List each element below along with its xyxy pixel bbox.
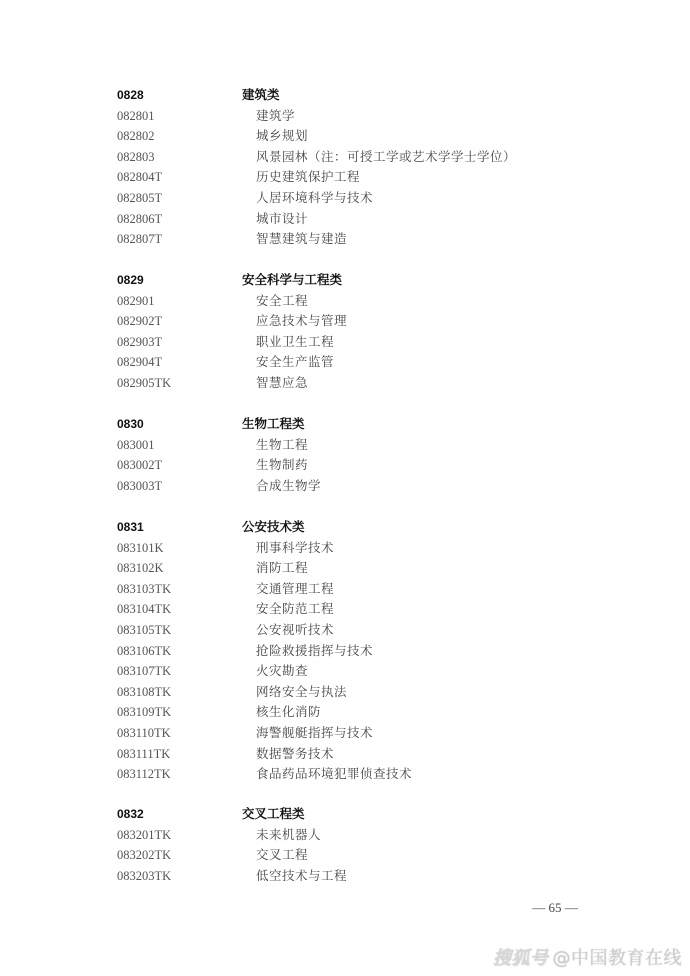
source-watermark: 搜狐号@中国教育在线 xyxy=(493,944,682,970)
list-item: 082902T应急技术与管理 xyxy=(0,311,690,332)
major-code: 082905TK xyxy=(117,373,171,394)
major-code: 082803 xyxy=(117,147,155,168)
list-item: 082802城乡规划 xyxy=(0,126,690,147)
major-code: 083109TK xyxy=(117,702,171,723)
major-name: 安全生产监管 xyxy=(256,352,334,373)
group-code: 0829 xyxy=(117,270,144,291)
discipline-group-0831: 0831 公安技术类 083101K刑事科学技术 083102K消防工程 083… xyxy=(0,517,690,785)
major-code: 083202TK xyxy=(117,845,171,866)
list-item: 083107TK火灾勘查 xyxy=(0,661,690,682)
major-name: 智慧应急 xyxy=(256,373,308,394)
group-name: 安全科学与工程类 xyxy=(242,270,342,291)
major-code: 083108TK xyxy=(117,682,171,703)
major-name: 消防工程 xyxy=(256,558,308,579)
major-code: 082806T xyxy=(117,209,162,230)
major-name: 建筑学 xyxy=(256,106,295,127)
major-name: 交通管理工程 xyxy=(256,579,334,600)
list-item: 083110TK海警舰艇指挥与技术 xyxy=(0,723,690,744)
list-item: 082904T安全生产监管 xyxy=(0,352,690,373)
list-item: 083001生物工程 xyxy=(0,435,690,456)
major-code: 083110TK xyxy=(117,723,171,744)
major-code: 083106TK xyxy=(117,641,171,662)
list-item: 083108TK网络安全与执法 xyxy=(0,682,690,703)
major-name: 网络安全与执法 xyxy=(256,682,347,703)
list-item: 083109TK核生化消防 xyxy=(0,702,690,723)
list-item: 083106TK抢险救援指挥与技术 xyxy=(0,641,690,662)
group-header: 0831 公安技术类 xyxy=(0,517,690,538)
group-header: 0828 建筑类 xyxy=(0,85,690,106)
major-name: 智慧建筑与建造 xyxy=(256,229,347,250)
major-name: 职业卫生工程 xyxy=(256,332,334,353)
list-item: 083103TK交通管理工程 xyxy=(0,579,690,600)
list-item: 083101K刑事科学技术 xyxy=(0,538,690,559)
major-name: 海警舰艇指挥与技术 xyxy=(256,723,373,744)
list-item: 083112TK食品药品环境犯罪侦查技术 xyxy=(0,764,690,785)
major-name: 安全防范工程 xyxy=(256,599,334,620)
list-item: 082806T城市设计 xyxy=(0,209,690,230)
major-code: 082904T xyxy=(117,352,162,373)
list-item: 082905TK智慧应急 xyxy=(0,373,690,394)
major-name: 安全工程 xyxy=(256,291,308,312)
major-name: 城乡规划 xyxy=(256,126,308,147)
list-item: 083104TK安全防范工程 xyxy=(0,599,690,620)
list-item: 083201TK未来机器人 xyxy=(0,825,690,846)
major-code: 082804T xyxy=(117,167,162,188)
list-item: 083202TK交叉工程 xyxy=(0,845,690,866)
group-code: 0831 xyxy=(117,517,144,538)
major-name: 未来机器人 xyxy=(256,825,321,846)
group-header: 0830 生物工程类 xyxy=(0,414,690,435)
major-code: 082903T xyxy=(117,332,162,353)
list-item: 083203TK低空技术与工程 xyxy=(0,866,690,887)
major-name: 核生化消防 xyxy=(256,702,321,723)
list-item: 083102K消防工程 xyxy=(0,558,690,579)
major-code: 083203TK xyxy=(117,866,171,887)
list-item: 082804T历史建筑保护工程 xyxy=(0,167,690,188)
list-item: 083105TK公安视听技术 xyxy=(0,620,690,641)
group-name: 交叉工程类 xyxy=(242,804,305,825)
major-name: 生物制药 xyxy=(256,455,308,476)
major-code: 083112TK xyxy=(117,764,171,785)
list-item: 082801建筑学 xyxy=(0,106,690,127)
major-code: 083001 xyxy=(117,435,155,456)
group-name: 公安技术类 xyxy=(242,517,305,538)
list-item: 083111TK数据警务技术 xyxy=(0,744,690,765)
major-code: 083101K xyxy=(117,538,164,559)
major-name: 公安视听技术 xyxy=(256,620,334,641)
list-item: 082807T智慧建筑与建造 xyxy=(0,229,690,250)
major-code: 083102K xyxy=(117,558,164,579)
major-name: 食品药品环境犯罪侦查技术 xyxy=(256,764,412,785)
major-name: 应急技术与管理 xyxy=(256,311,347,332)
major-code: 083111TK xyxy=(117,744,170,765)
major-code: 083002T xyxy=(117,455,162,476)
watermark-handle: @中国教育在线 xyxy=(553,948,683,969)
list-item: 082805T人居环境科学与技术 xyxy=(0,188,690,209)
group-code: 0828 xyxy=(117,85,144,106)
group-code: 0832 xyxy=(117,804,144,825)
major-name: 数据警务技术 xyxy=(256,744,334,765)
document-page: 0828 建筑类 082801建筑学 082802城乡规划 082803风景园林… xyxy=(0,0,690,976)
list-item: 083002T生物制药 xyxy=(0,455,690,476)
major-name: 交叉工程 xyxy=(256,845,308,866)
major-name: 风景园林（注：可授工学或艺术学学士学位） xyxy=(256,147,516,168)
group-header: 0829 安全科学与工程类 xyxy=(0,270,690,291)
list-item: 082901安全工程 xyxy=(0,291,690,312)
major-name: 人居环境科学与技术 xyxy=(256,188,373,209)
major-name: 生物工程 xyxy=(256,435,308,456)
major-code: 083104TK xyxy=(117,599,171,620)
major-code: 083003T xyxy=(117,476,162,497)
major-name: 城市设计 xyxy=(256,209,308,230)
discipline-group-0828: 0828 建筑类 082801建筑学 082802城乡规划 082803风景园林… xyxy=(0,85,690,250)
major-name: 历史建筑保护工程 xyxy=(256,167,360,188)
group-name: 生物工程类 xyxy=(242,414,305,435)
list-item: 083003T合成生物学 xyxy=(0,476,690,497)
major-code: 082801 xyxy=(117,106,155,127)
major-code: 083201TK xyxy=(117,825,171,846)
discipline-group-0830: 0830 生物工程类 083001生物工程 083002T生物制药 083003… xyxy=(0,414,690,496)
watermark-brand: 搜狐号 xyxy=(493,948,549,969)
major-code: 083105TK xyxy=(117,620,171,641)
group-code: 0830 xyxy=(117,414,144,435)
major-name: 刑事科学技术 xyxy=(256,538,334,559)
major-code: 083107TK xyxy=(117,661,171,682)
major-code: 082807T xyxy=(117,229,162,250)
major-code: 083103TK xyxy=(117,579,171,600)
major-code: 082901 xyxy=(117,291,155,312)
major-name: 火灾勘查 xyxy=(256,661,308,682)
major-code: 082805T xyxy=(117,188,162,209)
major-code: 082802 xyxy=(117,126,155,147)
list-item: 082803风景园林（注：可授工学或艺术学学士学位） xyxy=(0,147,690,168)
major-name: 低空技术与工程 xyxy=(256,866,347,887)
major-name: 合成生物学 xyxy=(256,476,321,497)
discipline-group-0829: 0829 安全科学与工程类 082901安全工程 082902T应急技术与管理 … xyxy=(0,270,690,394)
major-code: 082902T xyxy=(117,311,162,332)
group-name: 建筑类 xyxy=(242,85,280,106)
major-name: 抢险救援指挥与技术 xyxy=(256,641,373,662)
discipline-group-0832: 0832 交叉工程类 083201TK未来机器人 083202TK交叉工程 08… xyxy=(0,804,690,886)
page-number: — 65 — xyxy=(520,900,590,916)
list-item: 082903T职业卫生工程 xyxy=(0,332,690,353)
group-header: 0832 交叉工程类 xyxy=(0,804,690,825)
